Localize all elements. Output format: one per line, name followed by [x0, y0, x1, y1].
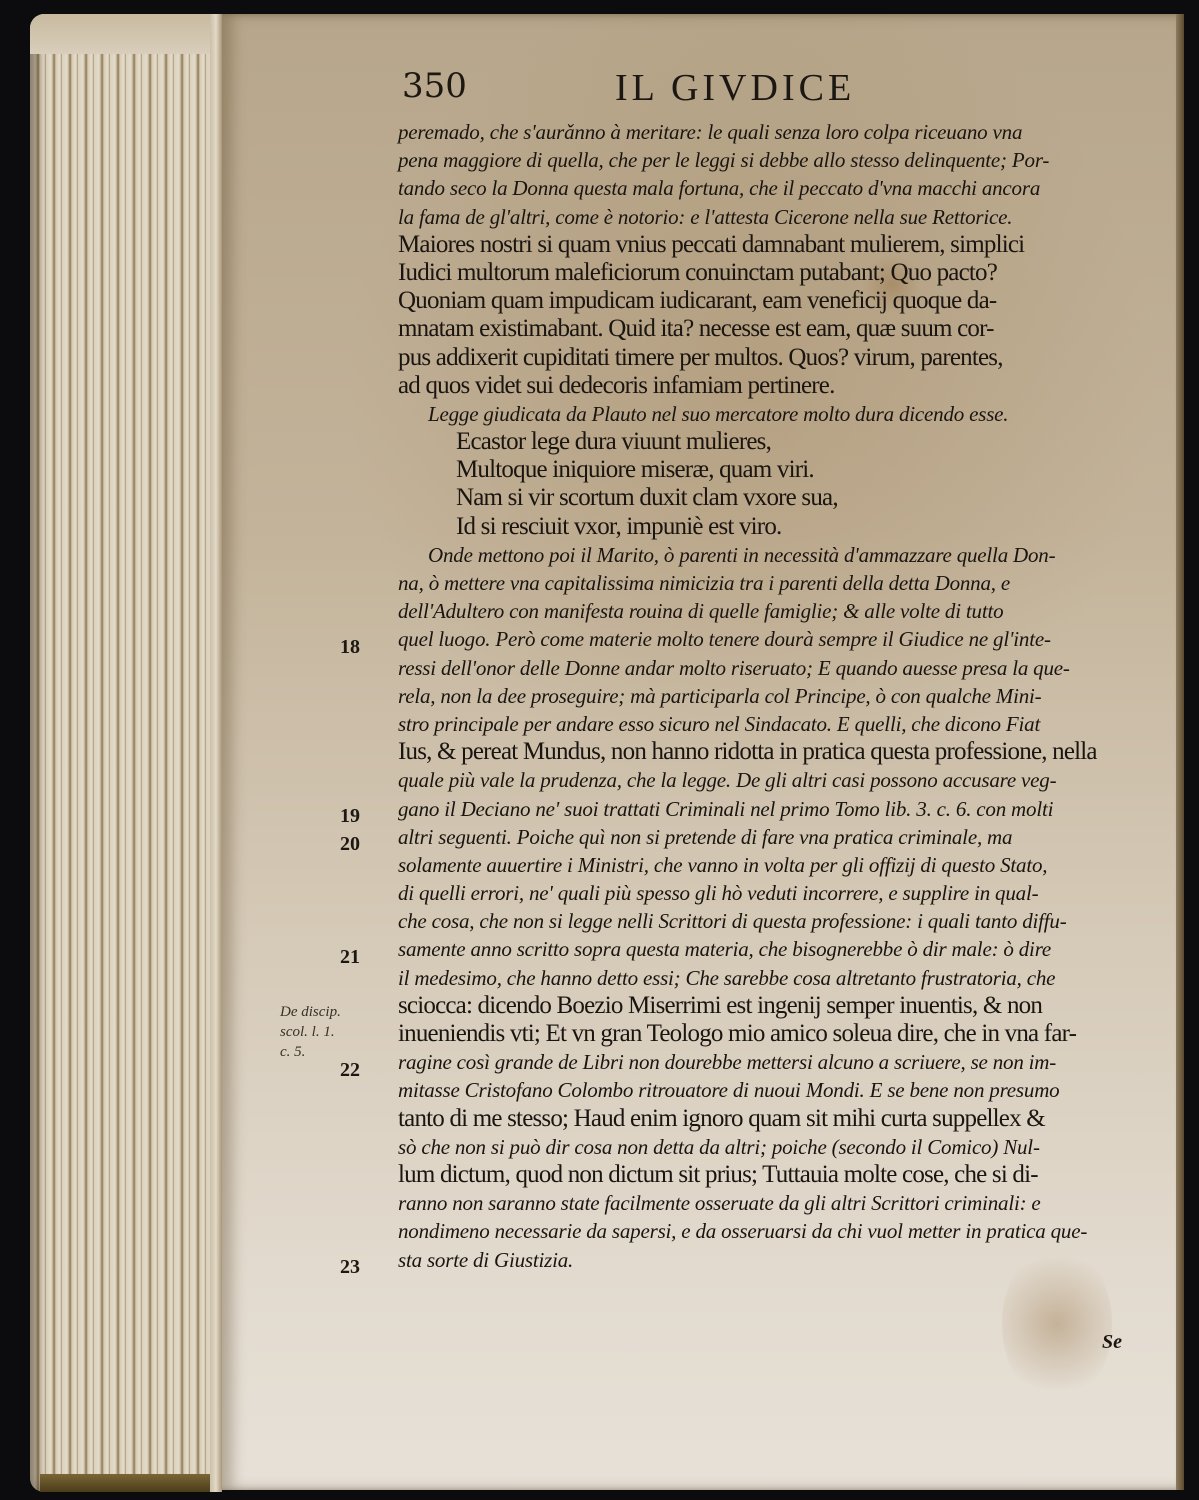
book: 350 IL GIVDICE peremado, che s'aurǎnno à…	[30, 14, 1188, 1492]
catchword: Se	[1102, 1331, 1122, 1354]
page-gutter	[210, 14, 222, 1492]
margin-line-number: 19	[340, 805, 360, 828]
text-line: tanto di me stesso; Haud enim ignoro qua…	[398, 1105, 1148, 1133]
gloss-line: scol. l. 1.	[280, 1022, 341, 1042]
text-line: sciocca: dicendo Boezio Miserrimi est in…	[398, 992, 1148, 1020]
text-line: che cosa, che non si legge nelli Scritto…	[398, 907, 1148, 935]
text-line: ressi dell'onor delle Donne andar molto …	[398, 654, 1148, 682]
text-line: ragine così grande de Libri non dourebbe…	[398, 1048, 1148, 1076]
text-line: stro principale per andare esso sicuro n…	[398, 710, 1148, 738]
gloss-line: De discip.	[280, 1002, 341, 1022]
text-line: altri seguenti. Poiche quì non si preten…	[398, 823, 1148, 851]
page-number: 350	[402, 66, 467, 106]
text-line: Maiores nostri si quam vnius peccati dam…	[398, 231, 1148, 259]
margin-gloss: De discip. scol. l. 1. c. 5.	[280, 1002, 341, 1062]
text-line: quale più vale la prudenza, che la legge…	[398, 766, 1148, 794]
text-line: Nam si vir scortum duxit clam vxore sua,	[398, 484, 1148, 512]
text-line: pena maggiore di quella, che per le legg…	[398, 146, 1148, 174]
text-line: la fama de gl'altri, come è notorio: e l…	[398, 203, 1148, 231]
text-line: di quelli errori, ne' quali più spesso g…	[398, 879, 1148, 907]
text-line: rela, non la dee proseguire; mà particip…	[398, 682, 1148, 710]
text-line: mitasse Cristofano Colombo ritrouatore d…	[398, 1076, 1148, 1104]
margin-line-number: 22	[340, 1059, 360, 1082]
margin-line-number: 18	[340, 636, 360, 659]
text-line: sò che non si può dir cosa non detta da …	[398, 1133, 1148, 1161]
page-header: 350 IL GIVDICE	[402, 66, 1122, 116]
text-line: Legge giudicata da Plauto nel suo mercat…	[398, 400, 1148, 428]
text-line: Ecastor lege dura viuunt mulieres,	[398, 428, 1148, 456]
page-right-edge	[1176, 14, 1184, 1490]
running-head: IL GIVDICE	[615, 66, 855, 110]
book-bottom-edge	[40, 1474, 210, 1492]
text-line: mnatam existimabant. Quid ita? necesse e…	[398, 315, 1148, 343]
text-line: Quoniam quam impudicam iudicarant, eam v…	[398, 287, 1148, 315]
text-line: na, ò mettere vna capitalissima nimicizi…	[398, 569, 1148, 597]
margin-line-number: 21	[340, 946, 360, 969]
text-line: solamente auuertire i Ministri, che vann…	[398, 851, 1148, 879]
text-line: gano il Deciano ne' suoi trattati Crimin…	[398, 795, 1148, 823]
book-page: 350 IL GIVDICE peremado, che s'aurǎnno à…	[222, 14, 1184, 1490]
text-line: sta sorte di Giustizia.	[398, 1246, 1148, 1274]
text-line: peremado, che s'aurǎnno à meritare: le q…	[398, 118, 1148, 146]
text-line: Id si resciuit vxor, impuniè est viro.	[398, 513, 1148, 541]
text-line: pus addixerit cupiditati timere per mult…	[398, 344, 1148, 372]
text-line: Multoque iniquiore miseræ, quam viri.	[398, 456, 1148, 484]
text-line: tando seco la Donna questa mala fortuna,…	[398, 174, 1148, 202]
text-line: ranno non saranno state facilmente osser…	[398, 1189, 1148, 1217]
page-edges-stack	[30, 14, 210, 1492]
text-line: dell'Adultero con manifesta rouina di qu…	[398, 597, 1148, 625]
text-line: samente anno scritto sopra questa materi…	[398, 935, 1148, 963]
text-line: ad quos videt sui dedecoris infamiam per…	[398, 372, 1148, 400]
text-line: inueniendis vti; Et vn gran Teologo mio …	[398, 1020, 1148, 1048]
text-line: nondimeno necessarie da sapersi, e da os…	[398, 1217, 1148, 1245]
body-text: peremado, che s'aurǎnno à meritare: le q…	[398, 118, 1148, 1274]
text-line: il medesimo, che hanno detto essi; Che s…	[398, 964, 1148, 992]
text-line: lum dictum, quod non dictum sit prius; T…	[398, 1161, 1148, 1189]
text-line: Iudici multorum maleficiorum conuinctam …	[398, 259, 1148, 287]
margin-line-number: 23	[340, 1256, 360, 1279]
text-line: quel luogo. Però come materie molto tene…	[398, 625, 1148, 653]
text-line: Ius, & pereat Mundus, non hanno ridotta …	[398, 738, 1148, 766]
margin-line-number: 20	[340, 833, 360, 856]
text-line: Onde mettono poi il Marito, ò parenti in…	[398, 541, 1148, 569]
gloss-line: c. 5.	[280, 1042, 341, 1062]
